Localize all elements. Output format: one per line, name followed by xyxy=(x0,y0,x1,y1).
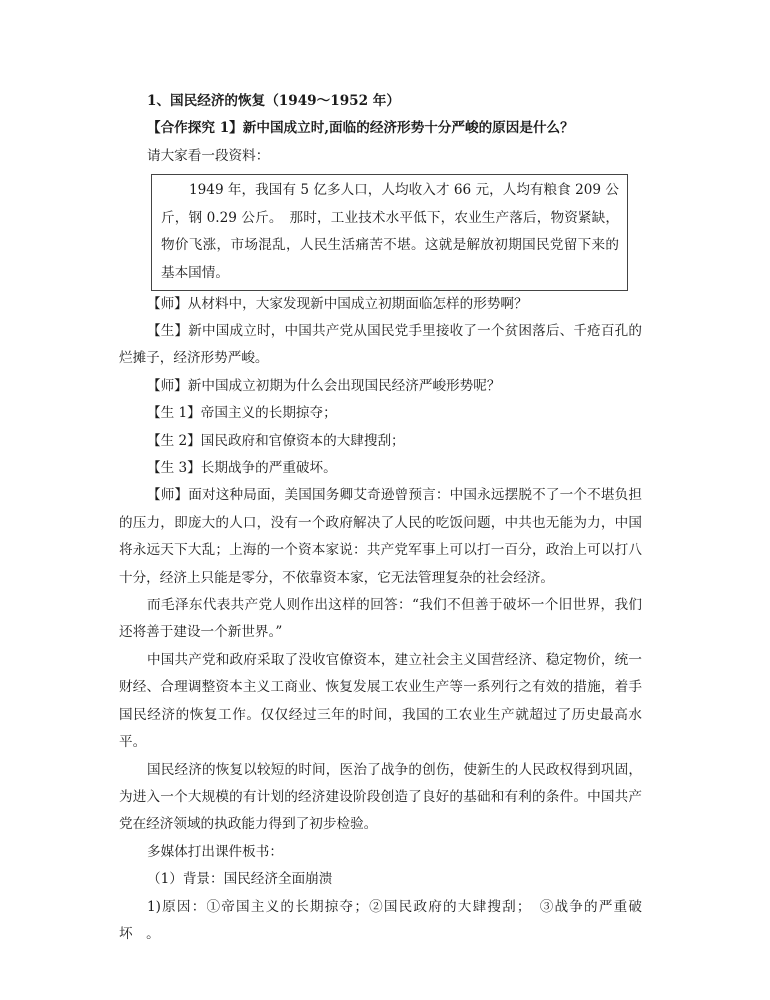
dialogue-student-answer-3: 【生 3】长期战争的严重破坏。 xyxy=(119,455,642,482)
material-text: 1949 年，我国有 5 亿多人口，人均收入才 66 元，人均有粮食 209 公… xyxy=(161,177,619,287)
dialogue-student-answer-1: 【生 1】帝国主义的长期掠夺； xyxy=(119,400,642,427)
section-title: 1、国民经济的恢复（1949～1952 年） xyxy=(119,88,642,115)
paragraph-measures: 中国共产党和政府采取了没收官僚资本，建立社会主义国营经济、稳定物价，统一财经、合… xyxy=(119,647,642,757)
document-page: 1、国民经济的恢复（1949～1952 年） 【合作探究 1】新中国成立时,面临… xyxy=(119,88,642,948)
board-causes: 1)原因：①帝国主义的长期掠夺；②国民政府的大肆搜刮； ③战争的严重破坏 。 xyxy=(119,894,642,949)
inquiry-heading: 【合作探究 1】新中国成立时,面临的经济形势十分严峻的原因是什么？ xyxy=(119,115,642,142)
dialogue-teacher-3: 【师】面对这种局面，美国国务卿艾奇逊曾预言：中国永远摆脱不了一个不堪负担的压力，… xyxy=(119,482,642,592)
board-background: （1）背景：国民经济全面崩溃 xyxy=(119,866,642,893)
paragraph-mao-reply: 而毛泽东代表共产党人则作出这样的回答：“我们不但善于破坏一个旧世界，我们还将善于… xyxy=(119,592,642,647)
dialogue-student-answer-2: 【生 2】国民政府和官僚资本的大肆搜刮； xyxy=(119,428,642,455)
intro-text: 请大家看一段资料： xyxy=(119,143,642,170)
paragraph-significance: 国民经济的恢复以较短的时间，医治了战争的创伤，使新生的人民政权得到巩固，为进入一… xyxy=(119,757,642,839)
dialogue-student-1: 【生】新中国成立时，中国共产党从国民党手里接收了一个贫困落后、千疮百孔的烂摊子，… xyxy=(119,318,642,373)
dialogue-teacher-2: 【师】新中国成立初期为什么会出现国民经济严峻形势呢？ xyxy=(119,373,642,400)
paragraph-board-intro: 多媒体打出课件板书： xyxy=(119,839,642,866)
dialogue-teacher-1: 【师】从材料中，大家发现新中国成立初期面临怎样的形势啊？ xyxy=(119,291,642,318)
material-box: 1949 年，我国有 5 亿多人口，人均收入才 66 元，人均有粮食 209 公… xyxy=(151,174,628,290)
